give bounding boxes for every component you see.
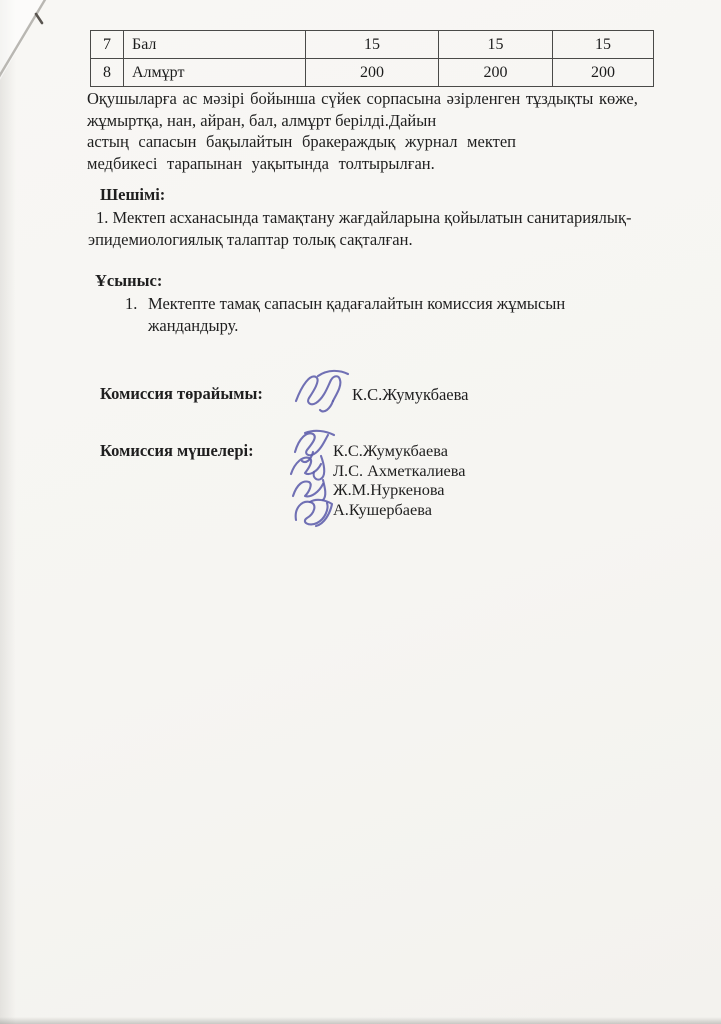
- row-value-3: 200: [553, 59, 654, 87]
- table-row: 8 Алмұрт 200 200 200: [91, 59, 654, 87]
- row-value-1: 15: [306, 31, 439, 59]
- table-row: 7 Бал 15 15 15: [91, 31, 654, 59]
- decision-line: эпидемиологиялық талаптар толық сақталға…: [88, 229, 413, 251]
- row-value-3: 15: [553, 31, 654, 59]
- proposal-item-number: 1.: [125, 293, 137, 315]
- row-number: 7: [91, 31, 124, 59]
- row-item-name: Бал: [124, 31, 306, 59]
- decision-line: 1. Мектеп асханасында тамақтану жағдайла…: [96, 207, 631, 229]
- scan-bottom-edge-shadow: [0, 1017, 721, 1024]
- row-value-1: 200: [306, 59, 439, 87]
- menu-table: 7 Бал 15 15 15 8 Алмұрт 200 200 200: [90, 30, 654, 87]
- row-value-2: 15: [439, 31, 553, 59]
- members-name-list: К.С.Жумукбаева Л.С. Ахметкалиева Ж.М.Нур…: [333, 441, 465, 519]
- chair-label: Комиссия төрайымы:: [100, 384, 263, 404]
- proposal-heading: Ұсыныс:: [95, 271, 162, 291]
- row-number: 8: [91, 59, 124, 87]
- chair-name: К.С.Жумукбаева: [352, 384, 469, 406]
- summary-paragraph: Оқушыларға ас мәзірі бойынша сүйек сорпа…: [87, 88, 667, 174]
- scanned-document-page: 7 Бал 15 15 15 8 Алмұрт 200 200 200 Оқуш…: [0, 0, 721, 1024]
- paragraph-line: жұмыртқа, нан, айран, бал, алмұрт берілд…: [87, 110, 667, 132]
- decision-heading: Шешімі:: [100, 185, 165, 205]
- row-item-name: Алмұрт: [124, 59, 306, 87]
- proposal-line: жандандыру.: [148, 315, 238, 337]
- member-name: Ж.М.Нуркенова: [333, 480, 465, 500]
- member-name: К.С.Жумукбаева: [333, 441, 465, 461]
- member-name: Л.С. Ахметкалиева: [333, 461, 465, 481]
- paragraph-line: астың сапасын бақылайтын бракераждық жур…: [87, 131, 667, 153]
- proposal-line: Мектепте тамақ сапасын қадағалайтын коми…: [148, 293, 565, 315]
- row-value-2: 200: [439, 59, 553, 87]
- scan-left-edge-shadow: [0, 0, 16, 1024]
- paragraph-line: медбикесі тарапынан уақытында толтырылға…: [87, 153, 667, 175]
- chair-signature: [289, 365, 353, 415]
- paragraph-line: Оқушыларға ас мәзірі бойынша сүйек сорпа…: [87, 88, 667, 110]
- member-name: А.Кушербаева: [333, 500, 465, 520]
- members-label: Комиссия мүшелері:: [100, 441, 254, 461]
